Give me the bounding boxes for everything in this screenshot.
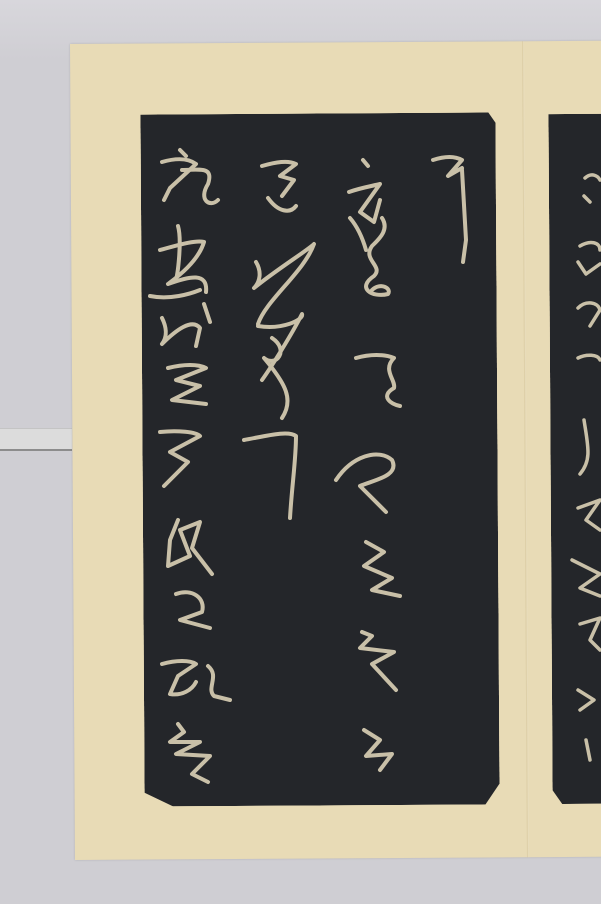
calligraphy-column-2 [336,160,400,770]
calligraphy-column-3 [244,162,314,518]
calligraphy-column-right-panel [572,175,600,760]
calligraphy-column-1 [433,157,466,262]
calligraphy-column-4 [150,150,230,782]
calligraphy-strokes [0,0,601,904]
